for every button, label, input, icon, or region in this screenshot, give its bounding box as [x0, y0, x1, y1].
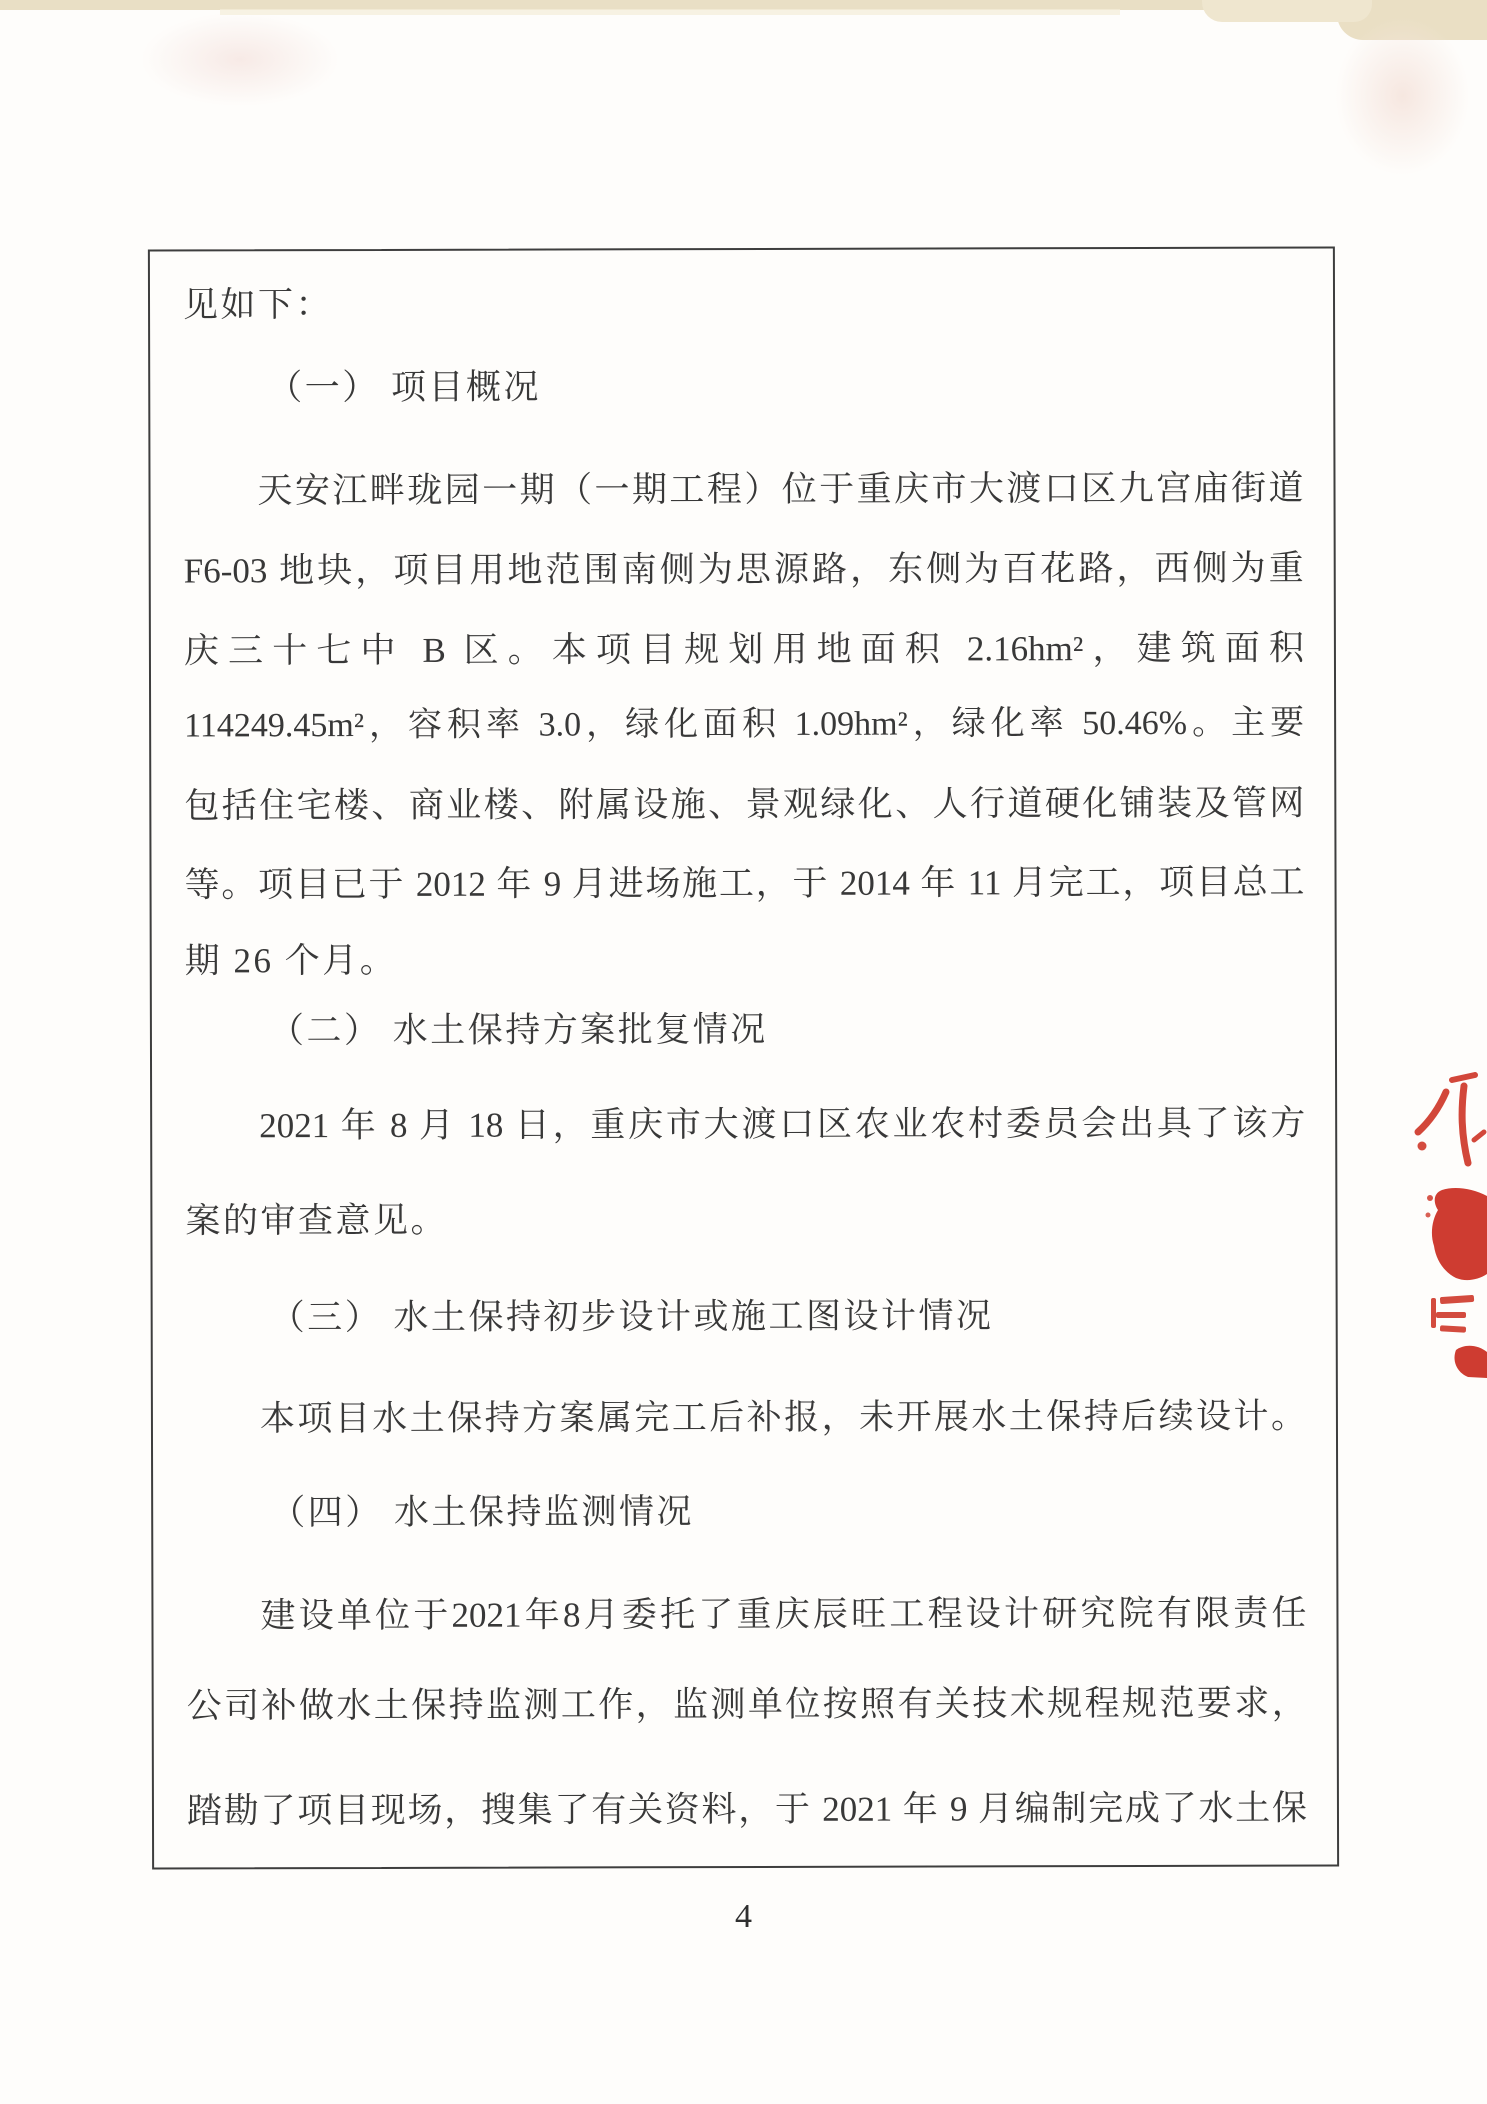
body-line: F6-03 地块，项目用地范围南侧为思源路，东侧为百花路，西侧为重 [184, 545, 1304, 596]
document-text-frame: 见如下： （一） 项目概况 天安江畔珑园一期（一期工程）位于重庆市大渡口区九宫庙… [148, 246, 1339, 1869]
body-line: 建设单位于2021年8月委托了重庆辰旺工程设计研究院有限责任 [260, 1590, 1306, 1641]
heading-section-2: （二） 水土保持方案批复情况 [269, 1006, 768, 1055]
scanned-document-page: 见如下： （一） 项目概况 天安江畔珑园一期（一期工程）位于重庆市大渡口区九宫庙… [0, 0, 1487, 2104]
body-line: 包括住宅楼、商业楼、附属设施、景观绿化、人行道硬化铺装及管网 [184, 780, 1304, 831]
body-line: 期 26 个月。 [185, 937, 398, 986]
heading-section-1: （一） 项目概况 [267, 364, 541, 413]
scan-smudge [1335, 16, 1470, 176]
scan-edge-artifact [220, 9, 1120, 15]
heading-section-4: （四） 水土保持监测情况 [270, 1488, 694, 1537]
body-line: 公司补做水土保持监测工作，监测单位按照有关技术规程规范要求， [187, 1680, 1307, 1731]
opening-line: 见如下： [183, 279, 1303, 330]
red-seal-fragment [1412, 1068, 1487, 1378]
heading-section-3: （三） 水土保持初步设计或施工图设计情况 [270, 1292, 994, 1342]
body-line: 2021 年 8 月 18 日，重庆市大渡口区农业农村委员会出具了该方 [259, 1100, 1305, 1151]
body-line: 本项目水土保持方案属完工后补报，未开展水土保持后续设计。 [260, 1393, 1306, 1444]
body-line: 踏勘了项目现场，搜集了有关资料，于 2021 年 9 月编制完成了水土保 [187, 1785, 1307, 1836]
scan-smudge [140, 12, 340, 107]
body-line: 天安江畔珑园一期（一期工程）位于重庆市大渡口区九宫庙街道 [257, 465, 1303, 516]
body-line: 114249.45m²，容积率 3.0，绿化面积 1.09hm²，绿化率 50.… [184, 700, 1304, 751]
page-number: 4 [0, 1898, 1487, 1948]
body-line: 案的审查意见。 [185, 1197, 448, 1246]
body-line: 庆三十七中 B 区。本项目规划用地面积 2.16hm²，建筑面积 [184, 625, 1304, 676]
body-line: 等。项目已于 2012 年 9 月进场施工，于 2014 年 11 月完工，项目… [184, 859, 1304, 910]
